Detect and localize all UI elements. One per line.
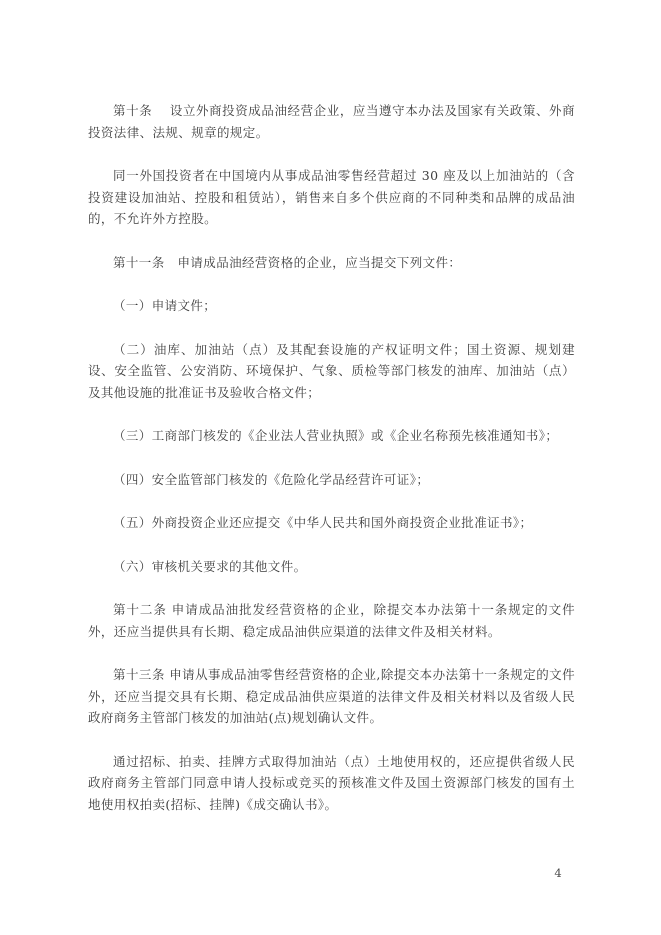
paragraph-item-2: （二）油库、加油站（点）及其配套设施的产权证明文件；国土资源、规划建设、安全监管…	[88, 339, 575, 404]
document-page: 第十条 设立外商投资成品油经营企业，应当遵守本办法及国家有关政策、外商投资法律、…	[0, 0, 661, 935]
paragraph-item-1: （一）申请文件；	[88, 295, 575, 317]
paragraph-article-13-clause: 通过招标、拍卖、挂牌方式取得加油站（点）土地使用权的，还应提供省级人民政府商务主…	[88, 751, 575, 816]
paragraph-item-6: （六）审核机关要求的其他文件。	[88, 556, 575, 578]
paragraph-article-10-clause: 同一外国投资者在中国境内从事成品油零售经营超过 30 座及以上加油站的（含投资建…	[88, 165, 575, 230]
paragraph-item-3: （三）工商部门核发的《企业法人营业执照》或《企业名称预先核准通知书》；	[88, 425, 575, 447]
page-number: 4	[550, 866, 566, 880]
paragraph-item-5: （五）外商投资企业还应提交《中华人民共和国外商投资企业批准证书》；	[88, 512, 575, 534]
document-text-block: 第十条 设立外商投资成品油经营企业，应当遵守本办法及国家有关政策、外商投资法律、…	[88, 100, 575, 815]
paragraph-article-12: 第十二条 申请成品油批发经营资格的企业，除提交本办法第十一条规定的文件外，还应当…	[88, 599, 575, 642]
paragraph-item-4: （四）安全监管部门核发的《危险化学品经营许可证》；	[88, 469, 575, 491]
paragraph-article-11: 第十一条 申请成品油经营资格的企业，应当提交下列文件：	[88, 252, 575, 274]
paragraph-article-10: 第十条 设立外商投资成品油经营企业，应当遵守本办法及国家有关政策、外商投资法律、…	[88, 100, 575, 143]
paragraph-article-13: 第十三条 申请从事成品油零售经营资格的企业,除提交本办法第十一条规定的文件外，还…	[88, 664, 575, 729]
